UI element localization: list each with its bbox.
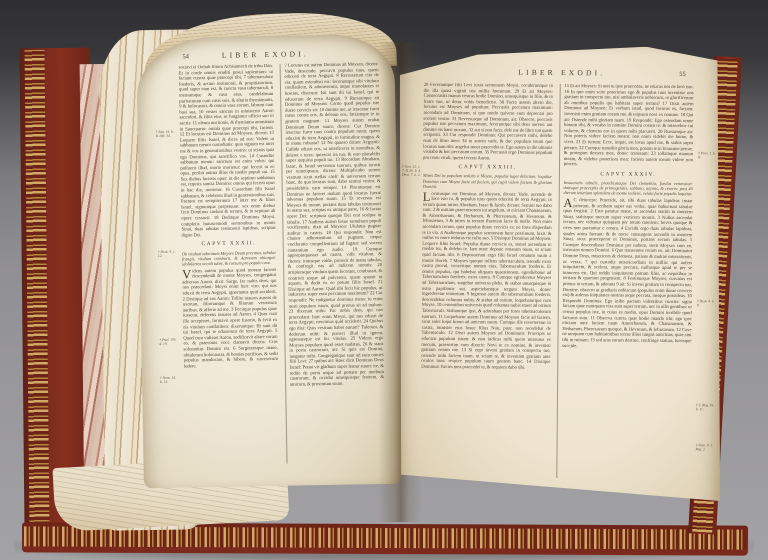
margin-note: † Deut. 9. c. 12. [158, 250, 177, 259]
column-2: 15 Et ait Moyses: Si non tu ipse praeced… [557, 84, 694, 479]
margin-note: † Sap. 14. b. 8. Infr. 34. [156, 130, 175, 139]
body-text: sociavi ei Ooliab filium Achisamech de t… [179, 64, 276, 238]
chapter-heading-34: CAPVT XXXIV. [564, 172, 693, 179]
margin-note: † Gen. 12. c. 7. & 26. b. 4. Deut. 7. a.… [402, 165, 421, 178]
book: 54 LIBER EXODI. † Sap. 14. b. 8. Infr. 3… [0, 0, 768, 560]
right-page: 55 LIBER EXODI. † Gen. 12. c. 7. & 26. b… [396, 45, 724, 518]
chapter-argument-32: Ob vitulum adoratum Moyses Deum precatus… [182, 249, 277, 266]
body-text: 15 Et ait Moyses: Si non tu ipse praeced… [564, 84, 694, 167]
chapter-heading-32: CAPVT XXXII. [182, 241, 276, 248]
chapter-text-33: Locutusque est Dominus ad Moysen, dicens… [421, 191, 552, 371]
body-text: 28 Feceruntque filii Levi iuxta sermonem… [423, 83, 553, 161]
chapter-argument-33: Minis Dei in populum sedatis a Moyse, po… [423, 173, 552, 190]
body-text: 7 Locutus est autem Dominus ad Moysen, d… [284, 62, 384, 387]
margin-note: † Psal. 105. d. 19. [159, 338, 178, 347]
left-page: 54 LIBER EXODI. † Sap. 14. b. 8. Infr. 3… [136, 34, 402, 488]
column-1: sociavi ei Ooliab filium Achisamech de t… [179, 64, 280, 466]
chapter-argument-34: Instauratis tabulis, praedicataque Dei c… [563, 180, 692, 197]
chapter-text-34: AC deinceps: Praecide, ait, tibi duas ta… [562, 198, 693, 350]
running-head-right: LIBER EXODI. [400, 67, 724, 79]
drop-cap: V [182, 269, 192, 280]
margin-note: † 3. Reg. 19. b. 11. [696, 403, 715, 412]
chapter-text-32: Videns autem populus quod moram faceret … [182, 267, 278, 369]
margin-note: † Num. 14. b. 13. [160, 376, 179, 385]
body-text: ocutusque est Dominus ad Moysen, dicens:… [421, 191, 552, 370]
column-1: 28 Feceruntque filii Levi iuxta sermonem… [420, 83, 553, 478]
gilt-border-pattern [25, 50, 50, 526]
column-2: 7 Locutus est autem Dominus ad Moysen, d… [280, 62, 386, 464]
body-text: C deinceps: Praecide, ait, tibi duas tab… [562, 198, 693, 348]
text-columns-left-page: sociavi ei Ooliab filium Achisamech de t… [179, 62, 386, 465]
drop-cap: L [423, 191, 432, 202]
body-text: idens autem populus quod moram faceret d… [182, 267, 278, 369]
margin-note: † Prov. 1. b. 8. [698, 151, 717, 160]
chapter-heading-33: CAPVT XXXIII. [423, 165, 552, 172]
margin-note: † Deut. 4. b. 9. [697, 299, 716, 308]
drop-cap: A [563, 198, 573, 209]
running-head-left: LIBER EXODI. [136, 48, 394, 62]
text-columns-right-page: 28 Feceruntque filii Levi iuxta sermonem… [420, 83, 693, 479]
photo-backdrop: 54 LIBER EXODI. † Sap. 14. b. 8. Infr. 3… [0, 0, 768, 560]
margin-note: † Num. 4. 1. Reg. 2. [696, 443, 715, 452]
